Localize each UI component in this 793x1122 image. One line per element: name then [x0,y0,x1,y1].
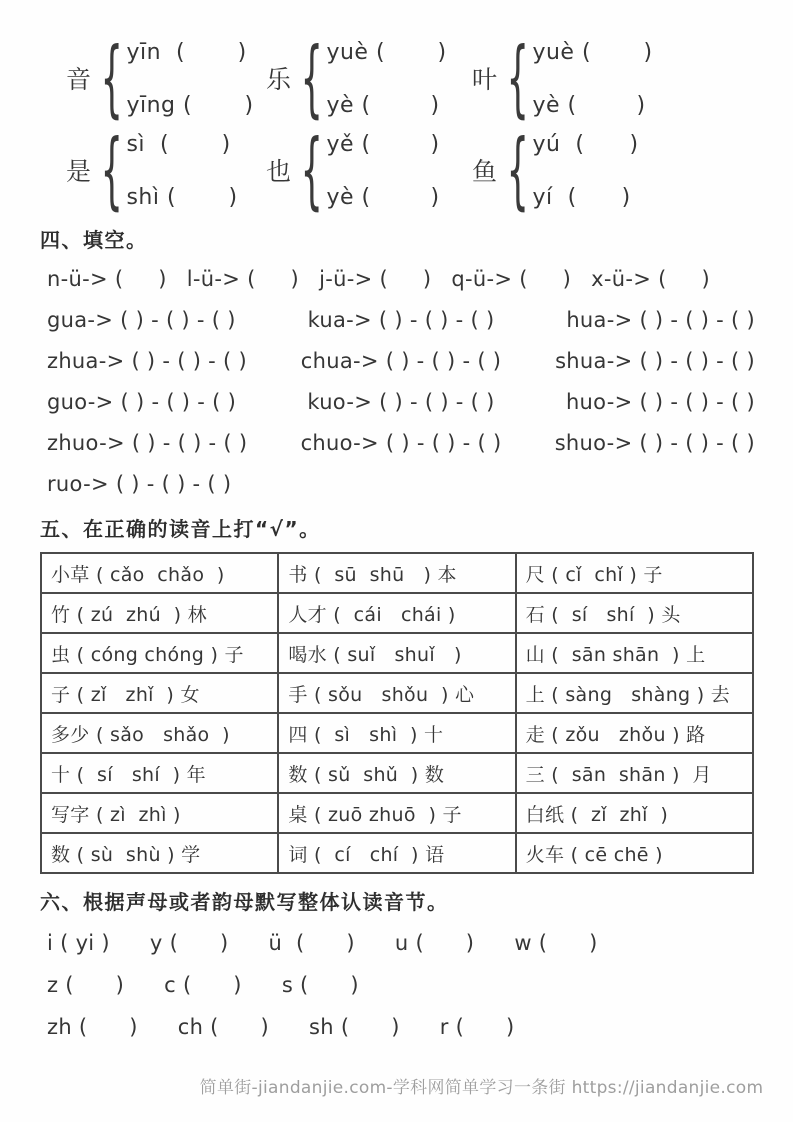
syllable-item: ü ( ) [268,931,354,955]
syllable-item: zh ( ) [47,1015,138,1039]
syllable-item: s ( ) [282,973,359,997]
table-row: 数 ( sù shù ) 学 词 ( cí chí ) 语 火车 ( cē ch… [41,833,753,873]
section5-title: 五、在正确的读音上打“√”。 [40,513,793,542]
fill-item: gua-> ( ) - ( ) - ( ) [47,308,236,332]
table-cell: 石 ( sí shí ) 头 [516,593,753,633]
syllable-line: zh ( ) ch ( ) sh ( ) r ( ) [47,1015,793,1039]
table-cell: 词 ( cí chí ) 语 [278,833,515,873]
pinyin-options: yě ( ) yè ( ) [326,132,439,210]
fill-item: l-ü-> ( ) [187,267,299,291]
table-cell: 火车 ( cē chē ) [516,833,753,873]
pinyin-option: yí ( ) [532,185,638,210]
table-cell: 数 ( sǔ shǔ ) 数 [278,753,515,793]
pinyin-option: shì ( ) [126,185,237,210]
fill-item: zhua-> ( ) - ( ) - ( ) [47,349,247,373]
pinyin-option: yè ( ) [532,93,652,118]
fill-item: kuo-> ( ) - ( ) - ( ) [307,390,494,414]
syllable-item: z ( ) [47,973,124,997]
syllable-item: sh ( ) [309,1015,400,1039]
table-cell: 山 ( sān shān ) 上 [516,633,753,673]
pinyin-option: yú ( ) [532,132,638,157]
polyphone-group-le: 乐 { yuè ( ) yè ( ) [266,40,472,118]
table-cell: 写字 ( zì zhì ) [41,793,278,833]
fill-item: chua-> ( ) - ( ) - ( ) [301,349,502,373]
fill-item: n-ü-> ( ) [47,267,167,291]
table-cell: 手 ( sǒu shǒu ) 心 [278,673,515,713]
polyphone-group-ye2: 也 { yě ( ) yè ( ) [266,132,472,210]
section4-fill-exercise: n-ü-> ( ) l-ü-> ( ) j-ü-> ( ) q-ü-> ( ) … [0,263,793,496]
table-cell: 白纸 ( zǐ zhǐ ) [516,793,753,833]
pinyin-options: yuè ( ) yè ( ) [532,40,652,118]
brace-icon: { [507,40,529,117]
table-cell: 人才 ( cái chái ) [278,593,515,633]
polyphone-group-yu: 鱼 { yú ( ) yí ( ) [472,132,639,210]
pinyin-options: yú ( ) yí ( ) [532,132,638,210]
polyphone-group-ye: 叶 { yuè ( ) yè ( ) [472,40,653,118]
table-cell: 多少 ( sǎo shǎo ) [41,713,278,753]
table-cell: 竹 ( zú zhú ) 林 [41,593,278,633]
fill-item: q-ü-> ( ) [451,267,571,291]
hanzi-char: 也 [266,159,291,184]
syllable-line: z ( ) c ( ) s ( ) [47,973,793,997]
syllable-item: y ( ) [150,931,229,955]
syllable-item: ch ( ) [178,1015,269,1039]
hanzi-char: 音 [66,67,91,92]
polyphone-exercise: 音 { yīn ( ) yīng ( ) 乐 { yuè ( ) yè ( ) [0,0,793,210]
section6-syllable-exercise: i ( yi ) y ( ) ü ( ) u ( ) w ( ) z ( ) c… [0,925,793,1039]
pinyin-option: yè ( ) [326,185,439,210]
fill-item: x-ü-> ( ) [591,267,710,291]
pinyin-option: yuè ( ) [326,40,446,65]
table-cell: 四 ( sì shì ) 十 [278,713,515,753]
pinyin-options: yīn ( ) yīng ( ) [126,40,253,118]
syllable-item: c ( ) [164,973,242,997]
fill-item: ruo-> ( ) - ( ) - ( ) [47,472,231,496]
brace-icon: { [101,40,123,117]
table-row: 竹 ( zú zhú ) 林 人才 ( cái chái ) 石 ( sí sh… [41,593,753,633]
fill-line: zhua-> ( ) - ( ) - ( ) chua-> ( ) - ( ) … [47,349,755,373]
fill-item: shuo-> ( ) - ( ) - ( ) [555,431,755,455]
pinyin-option: yuè ( ) [532,40,652,65]
hanzi-char: 是 [66,159,91,184]
pinyin-option: yīng ( ) [126,93,253,118]
section6-title: 六、根据声母或者韵母默写整体认读音节。 [40,886,793,915]
pinyin-option: sì ( ) [126,132,237,157]
syllable-item: i ( yi ) [47,931,110,955]
fill-line: guo-> ( ) - ( ) - ( ) kuo-> ( ) - ( ) - … [47,390,755,414]
fill-item: chuo-> ( ) - ( ) - ( ) [301,431,502,455]
syllable-item: r ( ) [440,1015,515,1039]
fill-item: guo-> ( ) - ( ) - ( ) [47,390,236,414]
brace-icon: { [301,132,323,209]
pinyin-options: yuè ( ) yè ( ) [326,40,446,118]
table-cell: 小草 ( cǎo chǎo ) [41,553,278,593]
pinyin-option: yè ( ) [326,93,446,118]
fill-item: shua-> ( ) - ( ) - ( ) [555,349,755,373]
table-cell: 喝水 ( suǐ shuǐ ) [278,633,515,673]
syllable-item: w ( ) [514,931,597,955]
table-cell: 上 ( sàng shàng ) 去 [516,673,753,713]
pinyin-options: sì ( ) shì ( ) [126,132,237,210]
pronunciation-check-table: 小草 ( cǎo chǎo ) 书 ( sū shū ) 本 尺 ( cǐ ch… [40,552,754,874]
table-cell: 子 ( zǐ zhǐ ) 女 [41,673,278,713]
fill-item: j-ü-> ( ) [319,267,431,291]
polyphone-group-yin: 音 { yīn ( ) yīng ( ) [66,40,266,118]
polyphone-row: 是 { sì ( ) shì ( ) 也 { yě ( ) yè ( ) [66,132,793,210]
footer-watermark: 简单街-jiandanjie.com-学科网简单学习一条街 https://ji… [0,1073,793,1098]
section4-title: 四、填空。 [40,224,793,253]
hanzi-char: 鱼 [472,159,497,184]
table-row: 十 ( sí shí ) 年 数 ( sǔ shǔ ) 数 三 ( sān sh… [41,753,753,793]
fill-item: kua-> ( ) - ( ) - ( ) [308,308,495,332]
table-cell: 十 ( sí shí ) 年 [41,753,278,793]
syllable-item: u ( ) [395,931,474,955]
table-cell: 数 ( sù shù ) 学 [41,833,278,873]
table-cell: 桌 ( zuō zhuō ) 子 [278,793,515,833]
fill-line: zhuo-> ( ) - ( ) - ( ) chuo-> ( ) - ( ) … [47,431,755,455]
brace-icon: { [101,132,123,209]
table-cell: 书 ( sū shū ) 本 [278,553,515,593]
table-cell: 走 ( zǒu zhǒu ) 路 [516,713,753,753]
table-row: 子 ( zǐ zhǐ ) 女 手 ( sǒu shǒu ) 心 上 ( sàng… [41,673,753,713]
fill-line: gua-> ( ) - ( ) - ( ) kua-> ( ) - ( ) - … [47,308,755,332]
table-cell: 尺 ( cǐ chǐ ) 子 [516,553,753,593]
hanzi-char: 乐 [266,67,291,92]
polyphone-row: 音 { yīn ( ) yīng ( ) 乐 { yuè ( ) yè ( ) [66,40,793,118]
fill-item: huo-> ( ) - ( ) - ( ) [566,390,755,414]
fill-line: ruo-> ( ) - ( ) - ( ) [47,472,755,496]
syllable-line: i ( yi ) y ( ) ü ( ) u ( ) w ( ) [47,931,793,955]
polyphone-group-shi: 是 { sì ( ) shì ( ) [66,132,266,210]
table-row: 写字 ( zì zhì ) 桌 ( zuō zhuō ) 子 白纸 ( zǐ z… [41,793,753,833]
hanzi-char: 叶 [472,67,497,92]
fill-line: n-ü-> ( ) l-ü-> ( ) j-ü-> ( ) q-ü-> ( ) … [47,267,755,291]
brace-icon: { [507,132,529,209]
table-cell: 虫 ( cóng chóng ) 子 [41,633,278,673]
fill-item: zhuo-> ( ) - ( ) - ( ) [47,431,247,455]
pinyin-option: yě ( ) [326,132,439,157]
pinyin-option: yīn ( ) [126,40,253,65]
table-cell: 三 ( sān shān ) 月 [516,753,753,793]
fill-item: hua-> ( ) - ( ) - ( ) [566,308,755,332]
table-row: 小草 ( cǎo chǎo ) 书 ( sū shū ) 本 尺 ( cǐ ch… [41,553,753,593]
brace-icon: { [301,40,323,117]
worksheet-page: 音 { yīn ( ) yīng ( ) 乐 { yuè ( ) yè ( ) [0,0,793,1122]
table-row: 虫 ( cóng chóng ) 子 喝水 ( suǐ shuǐ ) 山 ( s… [41,633,753,673]
table-row: 多少 ( sǎo shǎo ) 四 ( sì shì ) 十 走 ( zǒu z… [41,713,753,753]
